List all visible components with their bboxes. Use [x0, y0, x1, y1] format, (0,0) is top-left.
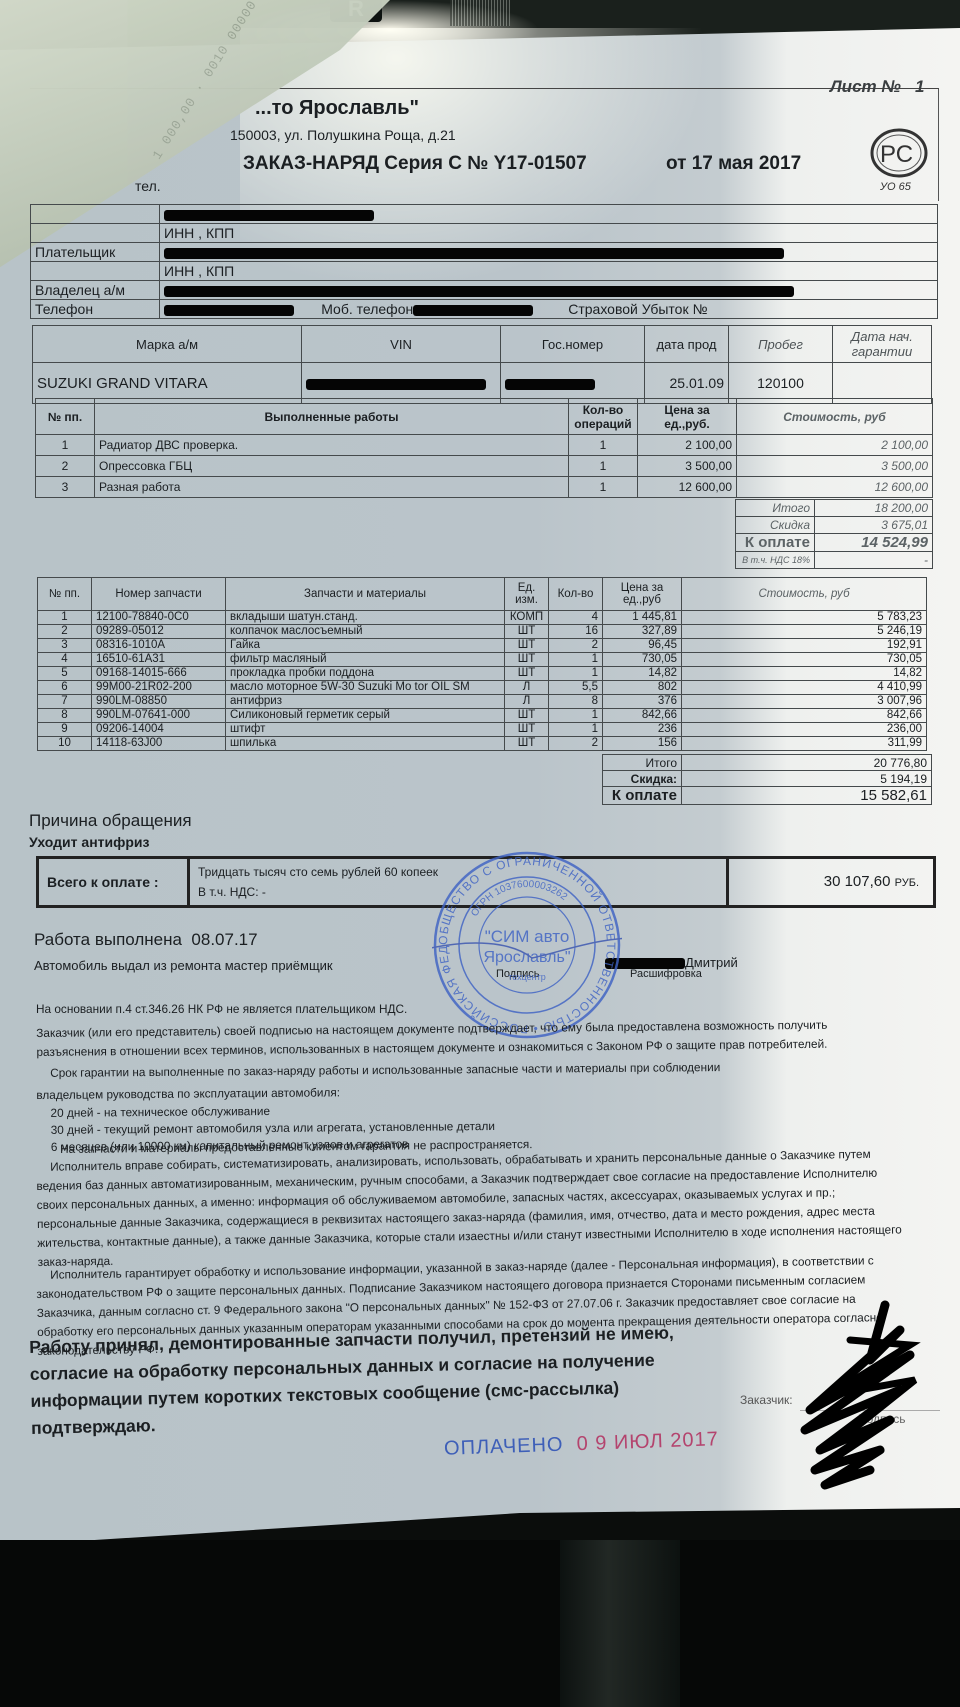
part-number: 3	[38, 639, 92, 653]
part-row: 308316-1010AГайкаШТ296,45192,91	[38, 639, 927, 653]
part-name: Гайка	[226, 639, 505, 653]
grand-total-amount-cell: 30 107,60 РУБ.	[729, 859, 933, 905]
client-row: Плательщик	[31, 243, 938, 262]
work-price: 12 600,00	[638, 477, 737, 498]
insurance-label: Страховой Убыток №	[568, 301, 707, 317]
part-name: колпачок маслосъемный	[226, 625, 505, 639]
part-cost: 3 007,96	[682, 695, 927, 709]
works-total-label: Итого	[736, 500, 815, 517]
work-name: Опрессовка ГБЦ	[95, 456, 569, 477]
col-operations: Кол-во операций	[569, 399, 638, 435]
part-unit: ШТ	[505, 625, 549, 639]
reason-value: Уходит антифриз	[29, 834, 149, 850]
redacted-mobile	[413, 305, 533, 316]
part-name: прокладка пробки поддона	[226, 667, 505, 681]
part-name: шпилька	[226, 737, 505, 751]
client-row: ИНН , КПП	[31, 262, 938, 281]
part-row: 699M00-21R02-200масло моторное 5W-30 Suz…	[38, 681, 927, 695]
paid-date: 0 9 ИЮЛ 2017	[576, 1428, 719, 1455]
part-price: 327,89	[603, 625, 682, 639]
part-row: 509168-14015-666прокладка пробки поддона…	[38, 667, 927, 681]
grand-total-label: Всего к оплате :	[39, 859, 190, 905]
work-name: Радиатор ДВС проверка.	[95, 435, 569, 456]
part-unit: Л	[505, 695, 549, 709]
part-row: 8990LM-07641-000Силиконовый герметик сер…	[38, 709, 927, 723]
svg-text:ОГРН 1037600003262: ОГРН 1037600003262	[469, 879, 569, 919]
part-qty: 8	[549, 695, 603, 709]
part-name: вкладыши шатун.станд.	[226, 611, 505, 625]
reason-label: Причина обращения	[29, 811, 192, 831]
parts-totals: Итого20 776,80Скидка:5 194,19К оплате15 …	[602, 754, 932, 805]
work-name: Разная работа	[95, 477, 569, 498]
part-cost: 730,05	[682, 653, 927, 667]
sheet-value: 1	[915, 77, 924, 96]
part-qty: 4	[549, 611, 603, 625]
part-code: 09289-05012	[92, 625, 226, 639]
work-row: 2Опрессовка ГБЦ13 500,003 500,00	[36, 456, 933, 477]
part-qty: 1	[549, 723, 603, 737]
work-price: 2 100,00	[638, 435, 737, 456]
phone-row-value: Моб. телефон Страховой Убыток №	[160, 300, 938, 319]
mobile-label: Моб. телефон	[321, 301, 413, 317]
parts-total-row: К оплате15 582,61	[603, 787, 932, 805]
part-number: 5	[38, 667, 92, 681]
client-label	[31, 205, 160, 224]
work-completed: Работа выполнена 08.07.17	[34, 930, 258, 950]
part-number: 10	[38, 737, 92, 751]
work-cost: 12 600,00	[737, 477, 933, 498]
parts-total-label: Итого	[603, 755, 682, 771]
redacted-text	[164, 286, 794, 297]
part-unit: ШТ	[505, 723, 549, 737]
part-cost: 192,91	[682, 639, 927, 653]
phone-label: тел.	[135, 178, 161, 194]
client-info-table: ИНН , КПП Плательщик ИНН , КПП Владелец …	[30, 204, 938, 319]
col-part-code: Номер запчасти	[92, 578, 226, 611]
col-number: № пп.	[36, 399, 95, 435]
company-name: ...то Ярославль"	[255, 97, 419, 120]
payer-value	[160, 243, 938, 262]
payer-label: Плательщик	[31, 243, 160, 262]
air-vent	[450, 0, 510, 26]
part-qty: 1	[549, 667, 603, 681]
seat-latch	[560, 1540, 680, 1707]
part-name: масло моторное 5W-30 Suzuki Mo tor OIL S…	[226, 681, 505, 695]
col-qty: Кол-во	[549, 578, 603, 611]
paragraph-line: Срок гарантии на выполненные по заказ-на…	[36, 1058, 720, 1083]
works-total-label: Скидка	[736, 517, 815, 534]
work-number: 2	[36, 456, 95, 477]
works-total-row: Скидка3 675,01	[736, 517, 933, 534]
part-unit: ШТ	[505, 639, 549, 653]
works-total-row: К оплате14 524,99	[736, 534, 933, 552]
work-completed-date: 08.07.17	[191, 930, 257, 949]
part-code: 09168-14015-666	[92, 667, 226, 681]
part-number: 8	[38, 709, 92, 723]
works-total-row: Итого18 200,00	[736, 500, 933, 517]
part-row: 1014118-63J00шпилькаШТ2156311,99	[38, 737, 927, 751]
part-qty: 5,5	[549, 681, 603, 695]
acceptance-statement: Работу принял, демонтированные запчасти …	[29, 1318, 731, 1442]
work-qty: 1	[569, 477, 638, 498]
part-cost: 236,00	[682, 723, 927, 737]
part-unit: Л	[505, 681, 549, 695]
redacted-vin	[306, 379, 486, 390]
works-total-value: -	[815, 552, 933, 569]
client-value	[160, 205, 938, 224]
part-code: 16510-61A31	[92, 653, 226, 667]
col-cost: Стоимость, руб	[737, 399, 933, 435]
part-cost: 5 783,23	[682, 611, 927, 625]
part-price: 96,45	[603, 639, 682, 653]
part-number: 1	[38, 611, 92, 625]
part-price: 236	[603, 723, 682, 737]
works-total-value: 18 200,00	[815, 500, 933, 517]
work-cost: 2 100,00	[737, 435, 933, 456]
owner-label: Владелец а/м	[31, 281, 160, 300]
part-price: 802	[603, 681, 682, 695]
client-row: Владелец а/м	[31, 281, 938, 300]
works-totals: Итого18 200,00Скидка3 675,01К оплате14 5…	[735, 499, 933, 569]
vehicle-header-row: Марка а/м VIN Гос.номер дата прод Пробег…	[33, 326, 932, 363]
col-unit: Ед. изм.	[505, 578, 549, 611]
document-date: от 17 мая 2017	[666, 153, 801, 175]
parts-total-label: К оплате	[603, 787, 682, 805]
part-number: 4	[38, 653, 92, 667]
part-code: 990LM-08850	[92, 695, 226, 709]
parts-total-row: Итого20 776,80	[603, 755, 932, 771]
part-unit: ШТ	[505, 653, 549, 667]
part-name: антифриз	[226, 695, 505, 709]
part-number: 9	[38, 723, 92, 737]
col-number: № пп.	[38, 578, 92, 611]
col-unit-price: Цена за ед.,руб	[603, 578, 682, 611]
parts-total-value: 5 194,19	[682, 771, 932, 787]
grand-total-amount: 30 107,60	[824, 873, 891, 890]
works-total-label: К оплате	[736, 534, 815, 552]
col-work-name: Выполненные работы	[95, 399, 569, 435]
client-label	[31, 224, 160, 243]
part-unit: КОМП	[505, 611, 549, 625]
phone-row-label: Телефон	[31, 300, 160, 319]
works-header-row: № пп. Выполненные работы Кол-во операций…	[36, 399, 933, 435]
work-number: 3	[36, 477, 95, 498]
part-row: 209289-05012колпачок маслосъемныйШТ16327…	[38, 625, 927, 639]
part-price: 842,66	[603, 709, 682, 723]
document-title: ЗАКАЗ-НАРЯД Серия С № Y17-01507	[243, 153, 587, 175]
part-price: 1 445,81	[603, 611, 682, 625]
part-qty: 1	[549, 709, 603, 723]
part-code: 99M00-21R02-200	[92, 681, 226, 695]
issued-by-label: Автомобиль выдал из ремонта мастер приём…	[34, 958, 333, 973]
part-price: 376	[603, 695, 682, 709]
svg-text:РС: РС	[880, 141, 913, 168]
part-code: 12100-78840-0C0	[92, 611, 226, 625]
col-plate: Гос.номер	[501, 326, 645, 363]
works-total-value: 3 675,01	[815, 517, 933, 534]
parts-total-value: 20 776,80	[682, 755, 932, 771]
col-brand: Марка а/м	[33, 326, 302, 363]
work-row: 3Разная работа112 600,0012 600,00	[36, 477, 933, 498]
work-number: 1	[36, 435, 95, 456]
col-warranty-start: Дата нач. гарантии	[833, 326, 932, 363]
part-number: 6	[38, 681, 92, 695]
parts-total-label: Скидка:	[603, 771, 682, 787]
part-row: 112100-78840-0C0вкладыши шатун.станд.КОМ…	[38, 611, 927, 625]
work-price: 3 500,00	[638, 456, 737, 477]
client-row: ИНН , КПП	[31, 224, 938, 243]
part-cost: 311,99	[682, 737, 927, 751]
parts-total-row: Скидка:5 194,19	[603, 771, 932, 787]
works-total-value: 14 524,99	[815, 534, 933, 552]
part-row: 909206-14004штифтШТ1236236,00	[38, 723, 927, 737]
parts-header-row: № пп. Номер запчасти Запчасти и материал…	[38, 578, 927, 611]
works-total-row: В т.ч. НДС 18%-	[736, 552, 933, 569]
part-qty: 16	[549, 625, 603, 639]
sheet-number: Лист № 1	[830, 77, 924, 97]
company-address: 150003, ул. Полушкина Роща, д.21	[230, 127, 456, 143]
customer-label: Заказчик:	[740, 1393, 793, 1407]
part-name: фильтр масляный	[226, 653, 505, 667]
part-price: 14,82	[603, 667, 682, 681]
rst-certification-icon: РС	[870, 127, 928, 179]
part-name: Силиконовый герметик серый	[226, 709, 505, 723]
col-vin: VIN	[302, 326, 501, 363]
part-unit: ШТ	[505, 667, 549, 681]
svg-text:"СИМ авто: "СИМ авто	[485, 927, 570, 946]
redacted-plate	[505, 379, 595, 390]
certification-code: УО 65	[880, 181, 911, 193]
work-cost: 3 500,00	[737, 456, 933, 477]
owner-value	[160, 281, 938, 300]
part-qty: 2	[549, 639, 603, 653]
col-unit-price: Цена за ед.,руб.	[638, 399, 737, 435]
paid-word: ОПЛАЧЕНО	[444, 1434, 564, 1460]
client-row	[31, 205, 938, 224]
part-number: 7	[38, 695, 92, 709]
part-qty: 2	[549, 737, 603, 751]
redacted-signature-scribble	[790, 1300, 930, 1490]
svg-text:техцентр: техцентр	[508, 972, 546, 982]
part-unit: ШТ	[505, 737, 549, 751]
part-cost: 4 410,99	[682, 681, 927, 695]
col-cost: Стоимость, руб	[682, 578, 927, 611]
part-cost: 842,66	[682, 709, 927, 723]
parts-total-value: 15 582,61	[682, 787, 932, 805]
col-part-name: Запчасти и материалы	[226, 578, 505, 611]
part-unit: ШТ	[505, 709, 549, 723]
grand-total-currency: РУБ.	[895, 877, 919, 889]
client-value: ИНН , КПП	[160, 262, 938, 281]
redacted-phone	[164, 305, 294, 316]
part-qty: 1	[549, 653, 603, 667]
part-cost: 14,82	[682, 667, 927, 681]
col-mileage: Пробег	[729, 326, 833, 363]
part-row: 416510-61A31фильтр масляныйШТ1730,05730,…	[38, 653, 927, 667]
work-completed-label: Работа выполнена	[34, 930, 182, 949]
part-code: 990LM-07641-000	[92, 709, 226, 723]
parts-table: № пп. Номер запчасти Запчасти и материал…	[37, 577, 927, 751]
part-code: 08316-1010A	[92, 639, 226, 653]
col-sale-date: дата прод	[645, 326, 729, 363]
decode-label: Расшифровка	[630, 968, 702, 980]
part-price: 730,05	[603, 653, 682, 667]
redacted-text	[164, 210, 374, 221]
redacted-text	[164, 248, 784, 259]
part-number: 2	[38, 625, 92, 639]
part-cost: 5 246,19	[682, 625, 927, 639]
part-row: 7990LM-08850антифризЛ83763 007,96	[38, 695, 927, 709]
part-code: 09206-14004	[92, 723, 226, 737]
part-name: штифт	[226, 723, 505, 737]
work-qty: 1	[569, 435, 638, 456]
car-interior-background	[0, 1540, 960, 1707]
works-table: № пп. Выполненные работы Кол-во операций…	[35, 398, 933, 498]
work-qty: 1	[569, 456, 638, 477]
part-price: 156	[603, 737, 682, 751]
works-total-label: В т.ч. НДС 18%	[736, 552, 815, 569]
phone-row: Телефон Моб. телефон Страховой Убыток №	[31, 300, 938, 319]
client-label	[31, 262, 160, 281]
sheet-label: Лист №	[830, 77, 901, 96]
part-code: 14118-63J00	[92, 737, 226, 751]
client-value: ИНН , КПП	[160, 224, 938, 243]
work-row: 1Радиатор ДВС проверка.12 100,002 100,00	[36, 435, 933, 456]
vehicle-table: Марка а/м VIN Гос.номер дата прод Пробег…	[32, 325, 932, 404]
